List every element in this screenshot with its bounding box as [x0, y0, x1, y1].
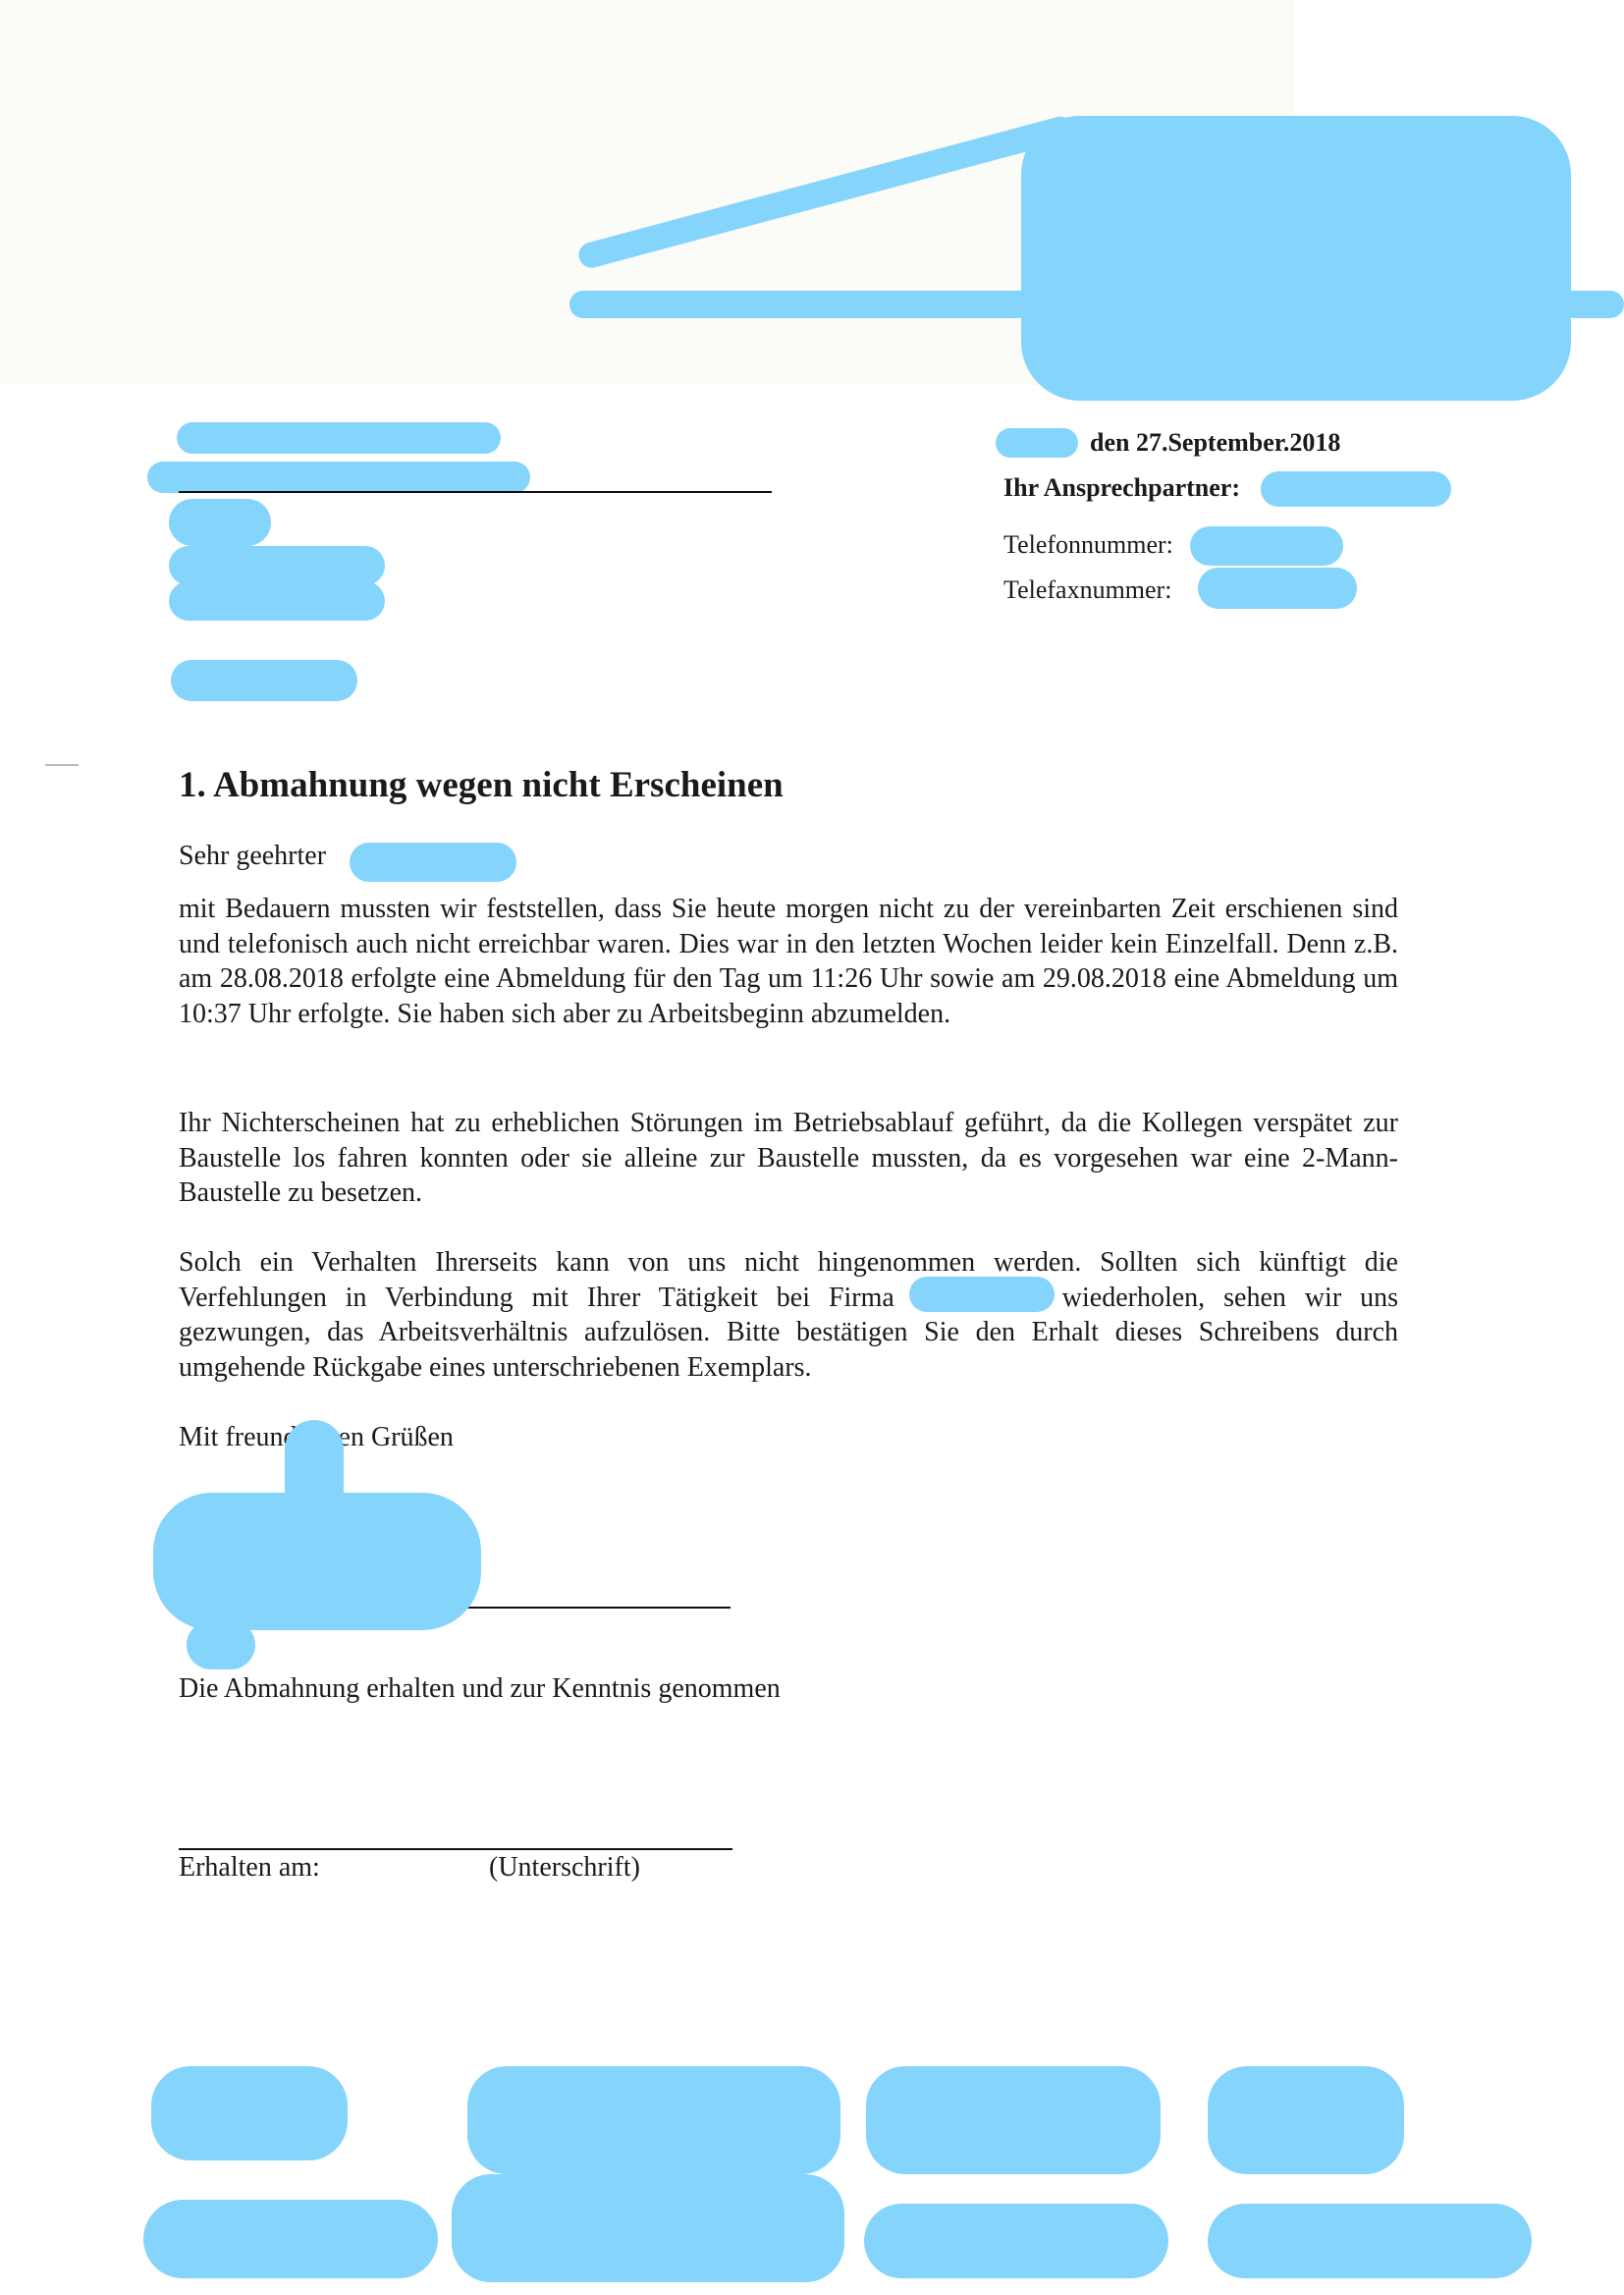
signature-label: (Unterschrift) — [489, 1852, 640, 1884]
letter-title: 1. Abmahnung wegen nicht Erscheinen — [179, 764, 784, 806]
redaction-company-name — [909, 1277, 1055, 1312]
acknowledgement-text: Die Abmahnung erhalten und zur Kenntnis … — [179, 1673, 781, 1705]
redaction-recipient-1 — [169, 499, 271, 546]
redaction-footer-col-3b — [864, 2204, 1168, 2278]
paragraph-1: mit Bedauern mussten wir feststellen, da… — [179, 892, 1398, 1031]
redaction-sender-2 — [147, 462, 530, 493]
redaction-footer-col-1b — [143, 2200, 438, 2278]
redaction-footer-col-4 — [1208, 2066, 1404, 2174]
redaction-sender — [177, 422, 501, 454]
phone-label: Telefonnummer: — [1003, 530, 1173, 560]
fax-label: Telefaxnummer: — [1003, 575, 1171, 605]
redaction-contact-person — [1261, 471, 1451, 507]
redaction-recipient-name — [350, 843, 516, 882]
received-date-label: Erhalten am: — [179, 1852, 320, 1884]
salutation: Sehr geehrter — [179, 841, 326, 872]
redaction-signature-tail — [187, 1620, 255, 1669]
redaction-footer-col-1 — [151, 2066, 348, 2160]
receipt-signature-line — [179, 1848, 732, 1850]
redaction-fax — [1198, 568, 1357, 609]
redaction-place — [996, 428, 1078, 458]
redaction-phone — [1190, 526, 1343, 566]
redaction-logo — [1021, 116, 1571, 401]
redaction-signature-top — [285, 1420, 344, 1528]
redaction-logo-stroke — [569, 291, 1624, 318]
sender-line-divider — [179, 491, 772, 493]
paragraph-2: Ihr Nichterscheinen hat zu erheblichen S… — [179, 1106, 1398, 1211]
scan-margin-mark — [45, 764, 79, 766]
redaction-footer-col-4b — [1208, 2204, 1532, 2278]
contact-person-label: Ihr Ansprechpartner: — [1003, 473, 1240, 503]
redaction-footer-col-2 — [467, 2066, 840, 2174]
date-line: den 27.September.2018 — [1090, 428, 1340, 458]
paragraph-3: Solch ein Verhalten Ihrerseits kann von … — [179, 1245, 1398, 1385]
redaction-recipient-2 — [169, 546, 385, 585]
redaction-footer-col-2b — [452, 2174, 844, 2282]
redaction-footer-col-3 — [866, 2066, 1161, 2174]
redaction-recipient-city — [171, 660, 357, 701]
redaction-recipient-3 — [169, 581, 385, 621]
